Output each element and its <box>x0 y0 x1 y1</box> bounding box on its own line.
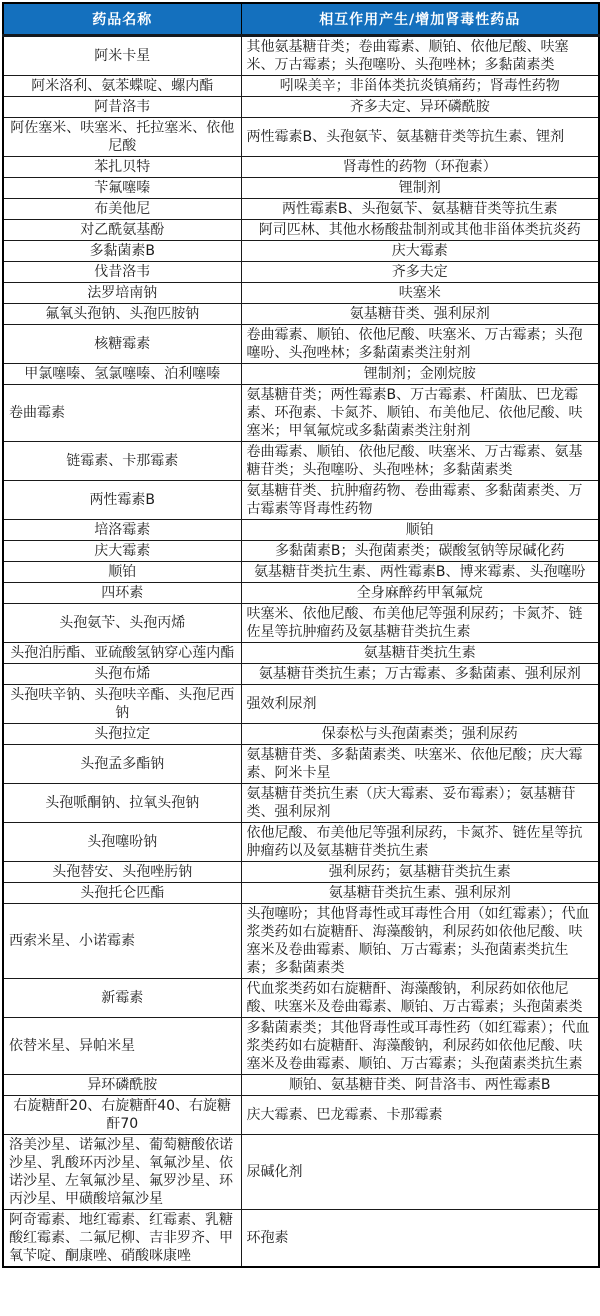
drug-name-cell: 顺铂 <box>3 562 241 583</box>
drug-name-cell: 核糖霉素 <box>3 325 241 364</box>
interactions-cell: 氨基糖苷类、强利尿剂 <box>241 304 599 325</box>
table-row: 阿奇霉素、地红霉素、红霉素、乳糖酸红霉素、二氟尼柳、吉非罗齐、甲氧苄啶、酮康唑、… <box>3 1210 599 1268</box>
interactions-cell: 吲哚美辛；非甾体类抗炎镇痛药；肾毒性药物 <box>241 76 599 97</box>
interactions-cell: 氨基糖苷类抗生素；万古霉素、多黏菌素、强利尿剂 <box>241 664 599 685</box>
interactions-cell: 氨基糖苷类抗生素 <box>241 643 599 664</box>
table-row: 头孢呋辛钠、头孢呋辛酯、头孢尼西钠 强效利尿剂 <box>3 685 599 724</box>
interactions-cell: 氨基糖苷类抗生素、强利尿剂 <box>241 883 599 904</box>
table-row: 头孢布烯 氨基糖苷类抗生素；万古霉素、多黏菌素、强利尿剂 <box>3 664 599 685</box>
drug-name-cell: 西索米星、小诺霉素 <box>3 904 241 979</box>
drug-name-cell: 链霉素、卡那霉素 <box>3 442 241 481</box>
interactions-cell: 全身麻醉药甲氧氟烷 <box>241 583 599 604</box>
table-row: 阿佐塞米、呋塞米、托拉塞米、依他尼酸 两性霉素B、头孢氨苄、氨基糖苷类等抗生素、… <box>3 118 599 157</box>
drug-name-cell: 苯扎贝特 <box>3 157 241 178</box>
drug-name-cell: 庆大霉素 <box>3 541 241 562</box>
drug-name-cell: 阿佐塞米、呋塞米、托拉塞米、依他尼酸 <box>3 118 241 157</box>
table-row: 多黏菌素B 庆大霉素 <box>3 241 599 262</box>
table-row: 阿昔洛韦 齐多夫定、异环磷酰胺 <box>3 97 599 118</box>
drug-name-cell: 苄氟噻嗪 <box>3 178 241 199</box>
drug-name-cell: 法罗培南钠 <box>3 283 241 304</box>
interactions-cell: 顺铂、氨基糖苷类、阿昔洛韦、两性霉素B <box>241 1075 599 1096</box>
table-row: 氟氧头孢钠、头孢匹胺钠 氨基糖苷类、强利尿剂 <box>3 304 599 325</box>
interactions-cell: 氨基糖苷类抗生素、两性霉素B、博来霉素、头孢噻吩 <box>241 562 599 583</box>
table-row: 四环素 全身麻醉药甲氧氟烷 <box>3 583 599 604</box>
drug-name-cell: 洛美沙星、诺氟沙星、葡萄糖酸依诺沙星、乳酸环丙沙星、氧氟沙星、依诺沙星、左氧氟沙… <box>3 1135 241 1210</box>
drug-name-cell: 右旋糖酐20、右旋糖酐40、右旋糖酐70 <box>3 1096 241 1135</box>
interactions-cell: 强利尿药；氨基糖苷类抗生素 <box>241 862 599 883</box>
drug-name-cell: 新霉素 <box>3 979 241 1018</box>
header-drug-name-col: 药品名称 <box>3 3 241 36</box>
interactions-cell: 呋塞米 <box>241 283 599 304</box>
table-row: 培洛霉素 顺铂 <box>3 520 599 541</box>
drug-name-cell: 甲氯噻嗪、氢氯噻嗪、泊利噻嗪 <box>3 364 241 385</box>
drug-name-cell: 头孢噻吩钠 <box>3 823 241 862</box>
interactions-cell: 头孢噻吩；其他肾毒性或耳毒性合用（如红霉素）；代血浆类药如右旋糖酐、海藻酸钠，利… <box>241 904 599 979</box>
interactions-cell: 保泰松与头孢菌素类；强利尿药 <box>241 724 599 745</box>
interactions-cell: 环孢素 <box>241 1210 599 1268</box>
table-row: 头孢哌酮钠、拉氧头孢钠 氨基糖苷类抗生素（庆大霉素、妥布霉素）；氨基糖苷类、强利… <box>3 784 599 823</box>
interactions-cell: 其他氨基糖苷类；卷曲霉素、顺铂、依他尼酸、呋塞米、万古霉素；头孢噻吩、头孢唑林；… <box>241 36 599 76</box>
drug-name-cell: 布美他尼 <box>3 199 241 220</box>
table-row: 伐昔洛韦 齐多夫定 <box>3 262 599 283</box>
table-row: 头孢孟多酯钠 氨基糖苷类、多黏菌素类、呋塞米、依他尼酸；庆大霉素、阿米卡星 <box>3 745 599 784</box>
drug-name-cell: 阿米洛利、氨苯蝶啶、螺内酯 <box>3 76 241 97</box>
drug-table-body: 阿米卡星 其他氨基糖苷类；卷曲霉素、顺铂、依他尼酸、呋塞米、万古霉素；头孢噻吩、… <box>3 36 599 1268</box>
drug-name-cell: 头孢泊肟酯、亚硫酸氢钠穿心莲内酯 <box>3 643 241 664</box>
interactions-cell: 强效利尿剂 <box>241 685 599 724</box>
table-row: 庆大霉素 多黏菌素B；头孢菌素类；碳酸氢钠等尿碱化药 <box>3 541 599 562</box>
drug-interaction-page: 药品名称 相互作用产生/增加肾毒性药品 阿米卡星 其他氨基糖苷类；卷曲霉素、顺铂… <box>0 0 600 1270</box>
interactions-cell: 齐多夫定 <box>241 262 599 283</box>
table-row: 洛美沙星、诺氟沙星、葡萄糖酸依诺沙星、乳酸环丙沙星、氧氟沙星、依诺沙星、左氧氟沙… <box>3 1135 599 1210</box>
table-row: 链霉素、卡那霉素 卷曲霉素、顺铂、依他尼酸、呋塞米、万古霉素、氨基糖苷类；头孢噻… <box>3 442 599 481</box>
interactions-cell: 庆大霉素 <box>241 241 599 262</box>
drug-name-cell: 头孢孟多酯钠 <box>3 745 241 784</box>
interactions-cell: 庆大霉素、巴龙霉素、卡那霉素 <box>241 1096 599 1135</box>
interactions-cell: 锂制剂 <box>241 178 599 199</box>
table-row: 布美他尼 两性霉素B、头孢氨苄、氨基糖苷类等抗生素 <box>3 199 599 220</box>
drug-name-cell: 依替米星、异帕米星 <box>3 1018 241 1075</box>
interactions-cell: 呋塞米、依他尼酸、布美他尼等强利尿药；卡氮芥、链佐星等抗肿瘤药及氨基糖苷类抗生素 <box>241 604 599 643</box>
drug-name-cell: 培洛霉素 <box>3 520 241 541</box>
table-row: 西索米星、小诺霉素 头孢噻吩；其他肾毒性或耳毒性合用（如红霉素）；代血浆类药如右… <box>3 904 599 979</box>
drug-name-cell: 异环磷酰胺 <box>3 1075 241 1096</box>
interactions-cell: 卷曲霉素、顺铂、依他尼酸、呋塞米、万古霉素；头孢噻吩、头孢唑林；多黏菌素类注射剂 <box>241 325 599 364</box>
interactions-cell: 锂制剂；金刚烷胺 <box>241 364 599 385</box>
drug-name-cell: 伐昔洛韦 <box>3 262 241 283</box>
table-row: 头孢替安、头孢唑肟钠 强利尿药；氨基糖苷类抗生素 <box>3 862 599 883</box>
drug-interaction-table: 药品名称 相互作用产生/增加肾毒性药品 阿米卡星 其他氨基糖苷类；卷曲霉素、顺铂… <box>2 2 600 1268</box>
drug-name-cell: 阿奇霉素、地红霉素、红霉素、乳糖酸红霉素、二氟尼柳、吉非罗齐、甲氧苄啶、酮康唑、… <box>3 1210 241 1268</box>
interactions-cell: 肾毒性的药物（环孢素） <box>241 157 599 178</box>
interactions-cell: 依他尼酸、布美他尼等强利尿药，卡氮芥、链佐星等抗肿瘤药以及氨基糖苷类抗生素 <box>241 823 599 862</box>
table-header-row: 药品名称 相互作用产生/增加肾毒性药品 <box>3 3 599 36</box>
interactions-cell: 两性霉素B、头孢氨苄、氨基糖苷类等抗生素 <box>241 199 599 220</box>
table-row: 头孢氨苄、头孢丙烯 呋塞米、依他尼酸、布美他尼等强利尿药；卡氮芥、链佐星等抗肿瘤… <box>3 604 599 643</box>
interactions-cell: 氨基糖苷类、抗肿瘤药物、卷曲霉素、多黏菌素类、万古霉素等肾毒性药物 <box>241 481 599 520</box>
drug-name-cell: 头孢哌酮钠、拉氧头孢钠 <box>3 784 241 823</box>
interactions-cell: 卷曲霉素、顺铂、依他尼酸、呋塞米、万古霉素、氨基糖苷类；头孢噻吩、头孢唑林；多黏… <box>241 442 599 481</box>
table-row: 法罗培南钠 呋塞米 <box>3 283 599 304</box>
header-interaction-col: 相互作用产生/增加肾毒性药品 <box>241 3 599 36</box>
interactions-cell: 顺铂 <box>241 520 599 541</box>
drug-name-cell: 氟氧头孢钠、头孢匹胺钠 <box>3 304 241 325</box>
drug-name-cell: 头孢氨苄、头孢丙烯 <box>3 604 241 643</box>
drug-name-cell: 头孢拉定 <box>3 724 241 745</box>
interactions-cell: 两性霉素B、头孢氨苄、氨基糖苷类等抗生素、锂剂 <box>241 118 599 157</box>
drug-name-cell: 四环素 <box>3 583 241 604</box>
table-row: 头孢拉定 保泰松与头孢菌素类；强利尿药 <box>3 724 599 745</box>
drug-name-cell: 卷曲霉素 <box>3 385 241 442</box>
table-row: 苯扎贝特 肾毒性的药物（环孢素） <box>3 157 599 178</box>
table-row: 阿米洛利、氨苯蝶啶、螺内酯 吲哚美辛；非甾体类抗炎镇痛药；肾毒性药物 <box>3 76 599 97</box>
interactions-cell: 多黏菌素B；头孢菌素类；碳酸氢钠等尿碱化药 <box>241 541 599 562</box>
interactions-cell: 齐多夫定、异环磷酰胺 <box>241 97 599 118</box>
interactions-cell: 氨基糖苷类；两性霉素B、万古霉素、杆菌肽、巴龙霉素、环孢素、卡氮芥、顺铂、布美他… <box>241 385 599 442</box>
interactions-cell: 代血浆类药如右旋糖酐、海藻酸钠，利尿药如依他尼酸、呋塞米及卷曲霉素、顺铂、万古霉… <box>241 979 599 1018</box>
table-row: 甲氯噻嗪、氢氯噻嗪、泊利噻嗪 锂制剂；金刚烷胺 <box>3 364 599 385</box>
table-row: 依替米星、异帕米星 多黏菌素类；其他肾毒性或耳毒性药（如红霉素）；代血浆类药如右… <box>3 1018 599 1075</box>
drug-name-cell: 两性霉素B <box>3 481 241 520</box>
table-row: 核糖霉素 卷曲霉素、顺铂、依他尼酸、呋塞米、万古霉素；头孢噻吩、头孢唑林；多黏菌… <box>3 325 599 364</box>
interactions-cell: 氨基糖苷类、多黏菌素类、呋塞米、依他尼酸；庆大霉素、阿米卡星 <box>241 745 599 784</box>
interactions-cell: 多黏菌素类；其他肾毒性或耳毒性药（如红霉素）；代血浆类药如右旋糖酐、海藻酸钠，利… <box>241 1018 599 1075</box>
interactions-cell: 氨基糖苷类抗生素（庆大霉素、妥布霉素）；氨基糖苷类、强利尿剂 <box>241 784 599 823</box>
drug-name-cell: 头孢托仑匹酯 <box>3 883 241 904</box>
table-row: 头孢托仑匹酯 氨基糖苷类抗生素、强利尿剂 <box>3 883 599 904</box>
table-row: 对乙酰氨基酚 阿司匹林、其他水杨酸盐制剂或其他非甾体类抗炎药 <box>3 220 599 241</box>
drug-name-cell: 对乙酰氨基酚 <box>3 220 241 241</box>
drug-name-cell: 阿米卡星 <box>3 36 241 76</box>
table-row: 顺铂 氨基糖苷类抗生素、两性霉素B、博来霉素、头孢噻吩 <box>3 562 599 583</box>
drug-name-cell: 头孢替安、头孢唑肟钠 <box>3 862 241 883</box>
interactions-cell: 阿司匹林、其他水杨酸盐制剂或其他非甾体类抗炎药 <box>241 220 599 241</box>
table-row: 阿米卡星 其他氨基糖苷类；卷曲霉素、顺铂、依他尼酸、呋塞米、万古霉素；头孢噻吩、… <box>3 36 599 76</box>
interactions-cell: 尿碱化剂 <box>241 1135 599 1210</box>
table-row: 苄氟噻嗪 锂制剂 <box>3 178 599 199</box>
table-row: 两性霉素B 氨基糖苷类、抗肿瘤药物、卷曲霉素、多黏菌素类、万古霉素等肾毒性药物 <box>3 481 599 520</box>
drug-name-cell: 头孢呋辛钠、头孢呋辛酯、头孢尼西钠 <box>3 685 241 724</box>
table-row: 卷曲霉素 氨基糖苷类；两性霉素B、万古霉素、杆菌肽、巴龙霉素、环孢素、卡氮芥、顺… <box>3 385 599 442</box>
table-row: 异环磷酰胺 顺铂、氨基糖苷类、阿昔洛韦、两性霉素B <box>3 1075 599 1096</box>
drug-name-cell: 阿昔洛韦 <box>3 97 241 118</box>
table-row: 新霉素 代血浆类药如右旋糖酐、海藻酸钠，利尿药如依他尼酸、呋塞米及卷曲霉素、顺铂… <box>3 979 599 1018</box>
table-row: 右旋糖酐20、右旋糖酐40、右旋糖酐70 庆大霉素、巴龙霉素、卡那霉素 <box>3 1096 599 1135</box>
table-row: 头孢泊肟酯、亚硫酸氢钠穿心莲内酯 氨基糖苷类抗生素 <box>3 643 599 664</box>
table-row: 头孢噻吩钠 依他尼酸、布美他尼等强利尿药，卡氮芥、链佐星等抗肿瘤药以及氨基糖苷类… <box>3 823 599 862</box>
drug-name-cell: 头孢布烯 <box>3 664 241 685</box>
drug-name-cell: 多黏菌素B <box>3 241 241 262</box>
